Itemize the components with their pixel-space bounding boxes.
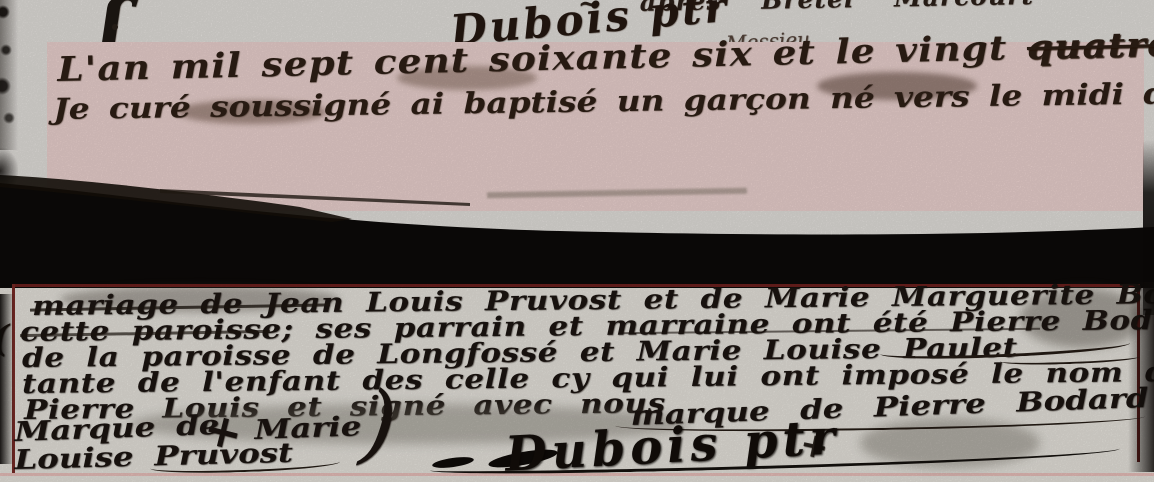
- ink-dot: [112, 24, 118, 30]
- parish-register-scan: ~ aprés Bretel Marcourt ʃ Dubois ptr Mes…: [0, 0, 1154, 482]
- scan-edge-shadow: [0, 294, 14, 464]
- scan-edge-shadow: [1128, 282, 1154, 472]
- scan-edge-shadow: [0, 148, 18, 194]
- scan-edge-speckle: [0, 0, 26, 150]
- struck-word: quatre: [1026, 25, 1154, 68]
